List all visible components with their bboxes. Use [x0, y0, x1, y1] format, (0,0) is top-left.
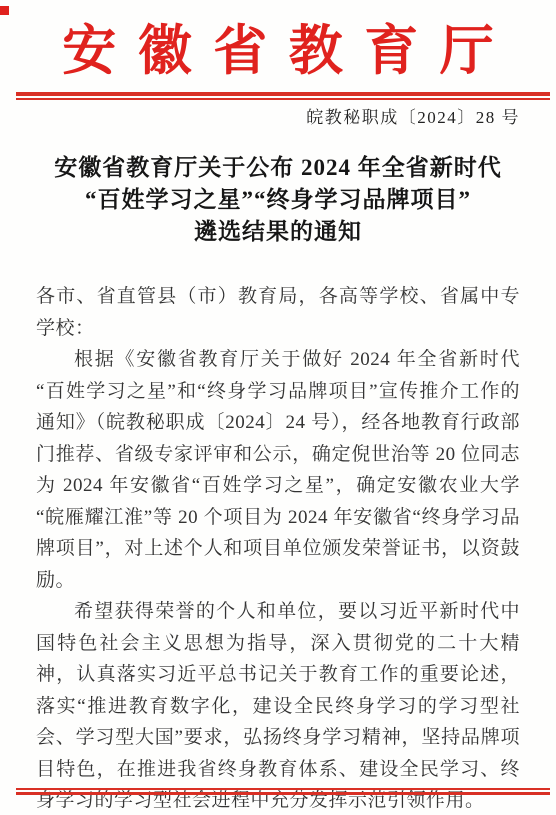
separator-thin-line — [16, 788, 550, 790]
notice-body: 各市、省直管县（市）教育局，各高等学校、省属中专学校： 根据《安徽省教育厅关于做… — [36, 281, 520, 815]
masthead-separator — [16, 92, 550, 100]
body-paragraph-1: 根据《安徽省教育厅关于做好 2024 年全省新时代“百姓学习之星”和“终身学习品… — [36, 344, 520, 596]
footer-separator — [16, 788, 550, 795]
document-number: 皖教秘职成〔2024〕28 号 — [306, 103, 520, 128]
notice-title-line2: “百姓学习之星”“终身学习品牌项目” — [0, 184, 556, 216]
notice-title-line3: 遴选结果的通知 — [0, 216, 556, 248]
agency-masthead: 安 徽 省 教 育 厅 — [0, 20, 556, 82]
notice-title: 安徽省教育厅关于公布 2024 年全省新时代 “百姓学习之星”“终身学习品牌项目… — [0, 152, 556, 248]
separator-thick-line — [16, 792, 550, 795]
document-page: 安 徽 省 教 育 厅 皖教秘职成〔2024〕28 号 安徽省教育厅关于公布 2… — [0, 0, 556, 815]
body-paragraph-2: 希望获得荣誉的个人和单位，要以习近平新时代中国特色社会主义思想为指导，深入贯彻党… — [36, 596, 520, 815]
salutation-line: 各市、省直管县（市）教育局，各高等学校、省属中专学校： — [36, 281, 520, 344]
notice-title-line1: 安徽省教育厅关于公布 2024 年全省新时代 — [0, 152, 556, 184]
separator-thick-line — [16, 92, 550, 96]
red-corner-mark — [0, 6, 9, 15]
separator-thin-line — [16, 98, 550, 100]
